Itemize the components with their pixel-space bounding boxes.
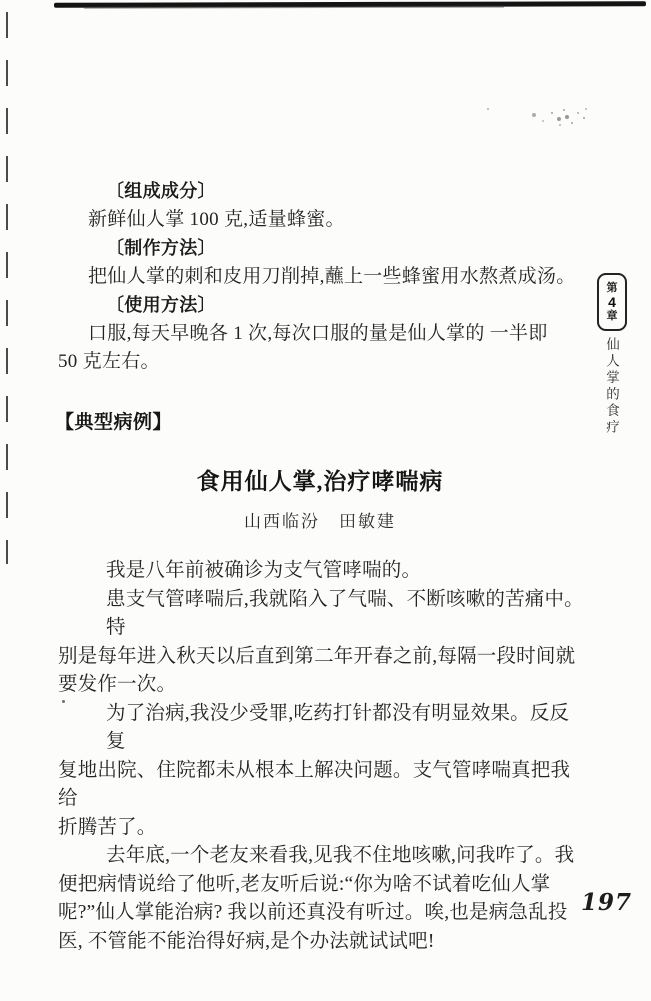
article-line: 为了治病,我没少受罪,吃药打针都没有明显效果。反反复 (58, 700, 586, 757)
article-body: 我是八年前被确诊为支气管哮喘的。 患支气管哮喘后,我就陷入了气喘、不断咳嗽的苦痛… (58, 557, 586, 956)
article-line: 别是每年进入秋天以后直到第二年开春之前,每隔一段时间就 (58, 643, 586, 672)
chapter-badge-char-top: 第 (607, 282, 618, 295)
page-top-rule (54, 1, 646, 8)
article-line: 我是八年前被确诊为支气管哮喘的。 (58, 557, 586, 586)
chapter-badge-char-bottom: 章 (607, 310, 618, 323)
recipe-section: 〔组成成分〕 新鲜仙人掌 100 克,适量蜂蜜。 〔制作方法〕 把仙人掌的刺和皮… (58, 177, 582, 377)
page-number: 197 (581, 889, 632, 916)
article-line: 便把病情说给了他听,老友听后说:“你为啥不试着吃仙人掌 (58, 871, 586, 900)
article-byline: 山西临汾 田敏建 (58, 507, 582, 532)
section-header-preparation: 〔制作方法〕 (58, 234, 582, 263)
article-line: 折腾苦了。 (58, 814, 586, 843)
article-title: 食用仙人掌,治疗哮喘病 (58, 463, 582, 496)
book-page: 〔组成成分〕 新鲜仙人掌 100 克,适量蜂蜜。 〔制作方法〕 把仙人掌的刺和皮… (0, 0, 651, 1001)
section-line-preparation: 把仙人掌的刺和皮用刀削掉,蘸上一些蜂蜜用水熬煮成汤。 (58, 263, 582, 292)
binding-marks (6, 12, 8, 564)
article-line: 患支气管哮喘后,我就陷入了气喘、不断咳嗽的苦痛中。特 (58, 586, 586, 643)
pencil-smudge-marks (487, 108, 489, 110)
article-line: 去年底,一个老友来看我,见我不住地咳嗽,问我咋了。我 (58, 842, 586, 871)
section-line-ingredients: 新鲜仙人掌 100 克,适量蜂蜜。 (58, 206, 582, 235)
article-line: 医, 不管能不能治得好病,是个办法就试试吧! (58, 928, 586, 957)
section-header-ingredients: 〔组成成分〕 (58, 177, 582, 206)
chapter-title-vertical: 仙人掌的食疗 (601, 337, 621, 447)
section-header-usage: 〔使用方法〕 (58, 291, 582, 320)
chapter-badge-number: 4 (608, 295, 616, 310)
article-line: 要发作一次。 (58, 671, 586, 700)
section-line-usage-1: 口服,每天早晚各 1 次,每次口服的量是仙人掌的 一半即 (58, 320, 582, 349)
article-line: 复地出院、住院都未从根本上解决问题。支气管哮喘真把我给 (58, 757, 586, 814)
stray-ink-dot (62, 700, 65, 703)
case-section-header: 【典型病例】 (55, 407, 172, 434)
article-line: 呢?”仙人掌能治病? 我以前还真没有听过。唉,也是病急乱投 (58, 899, 586, 928)
section-line-usage-2: 50 克左右。 (58, 348, 582, 377)
chapter-badge: 第 4 章 (597, 273, 627, 331)
